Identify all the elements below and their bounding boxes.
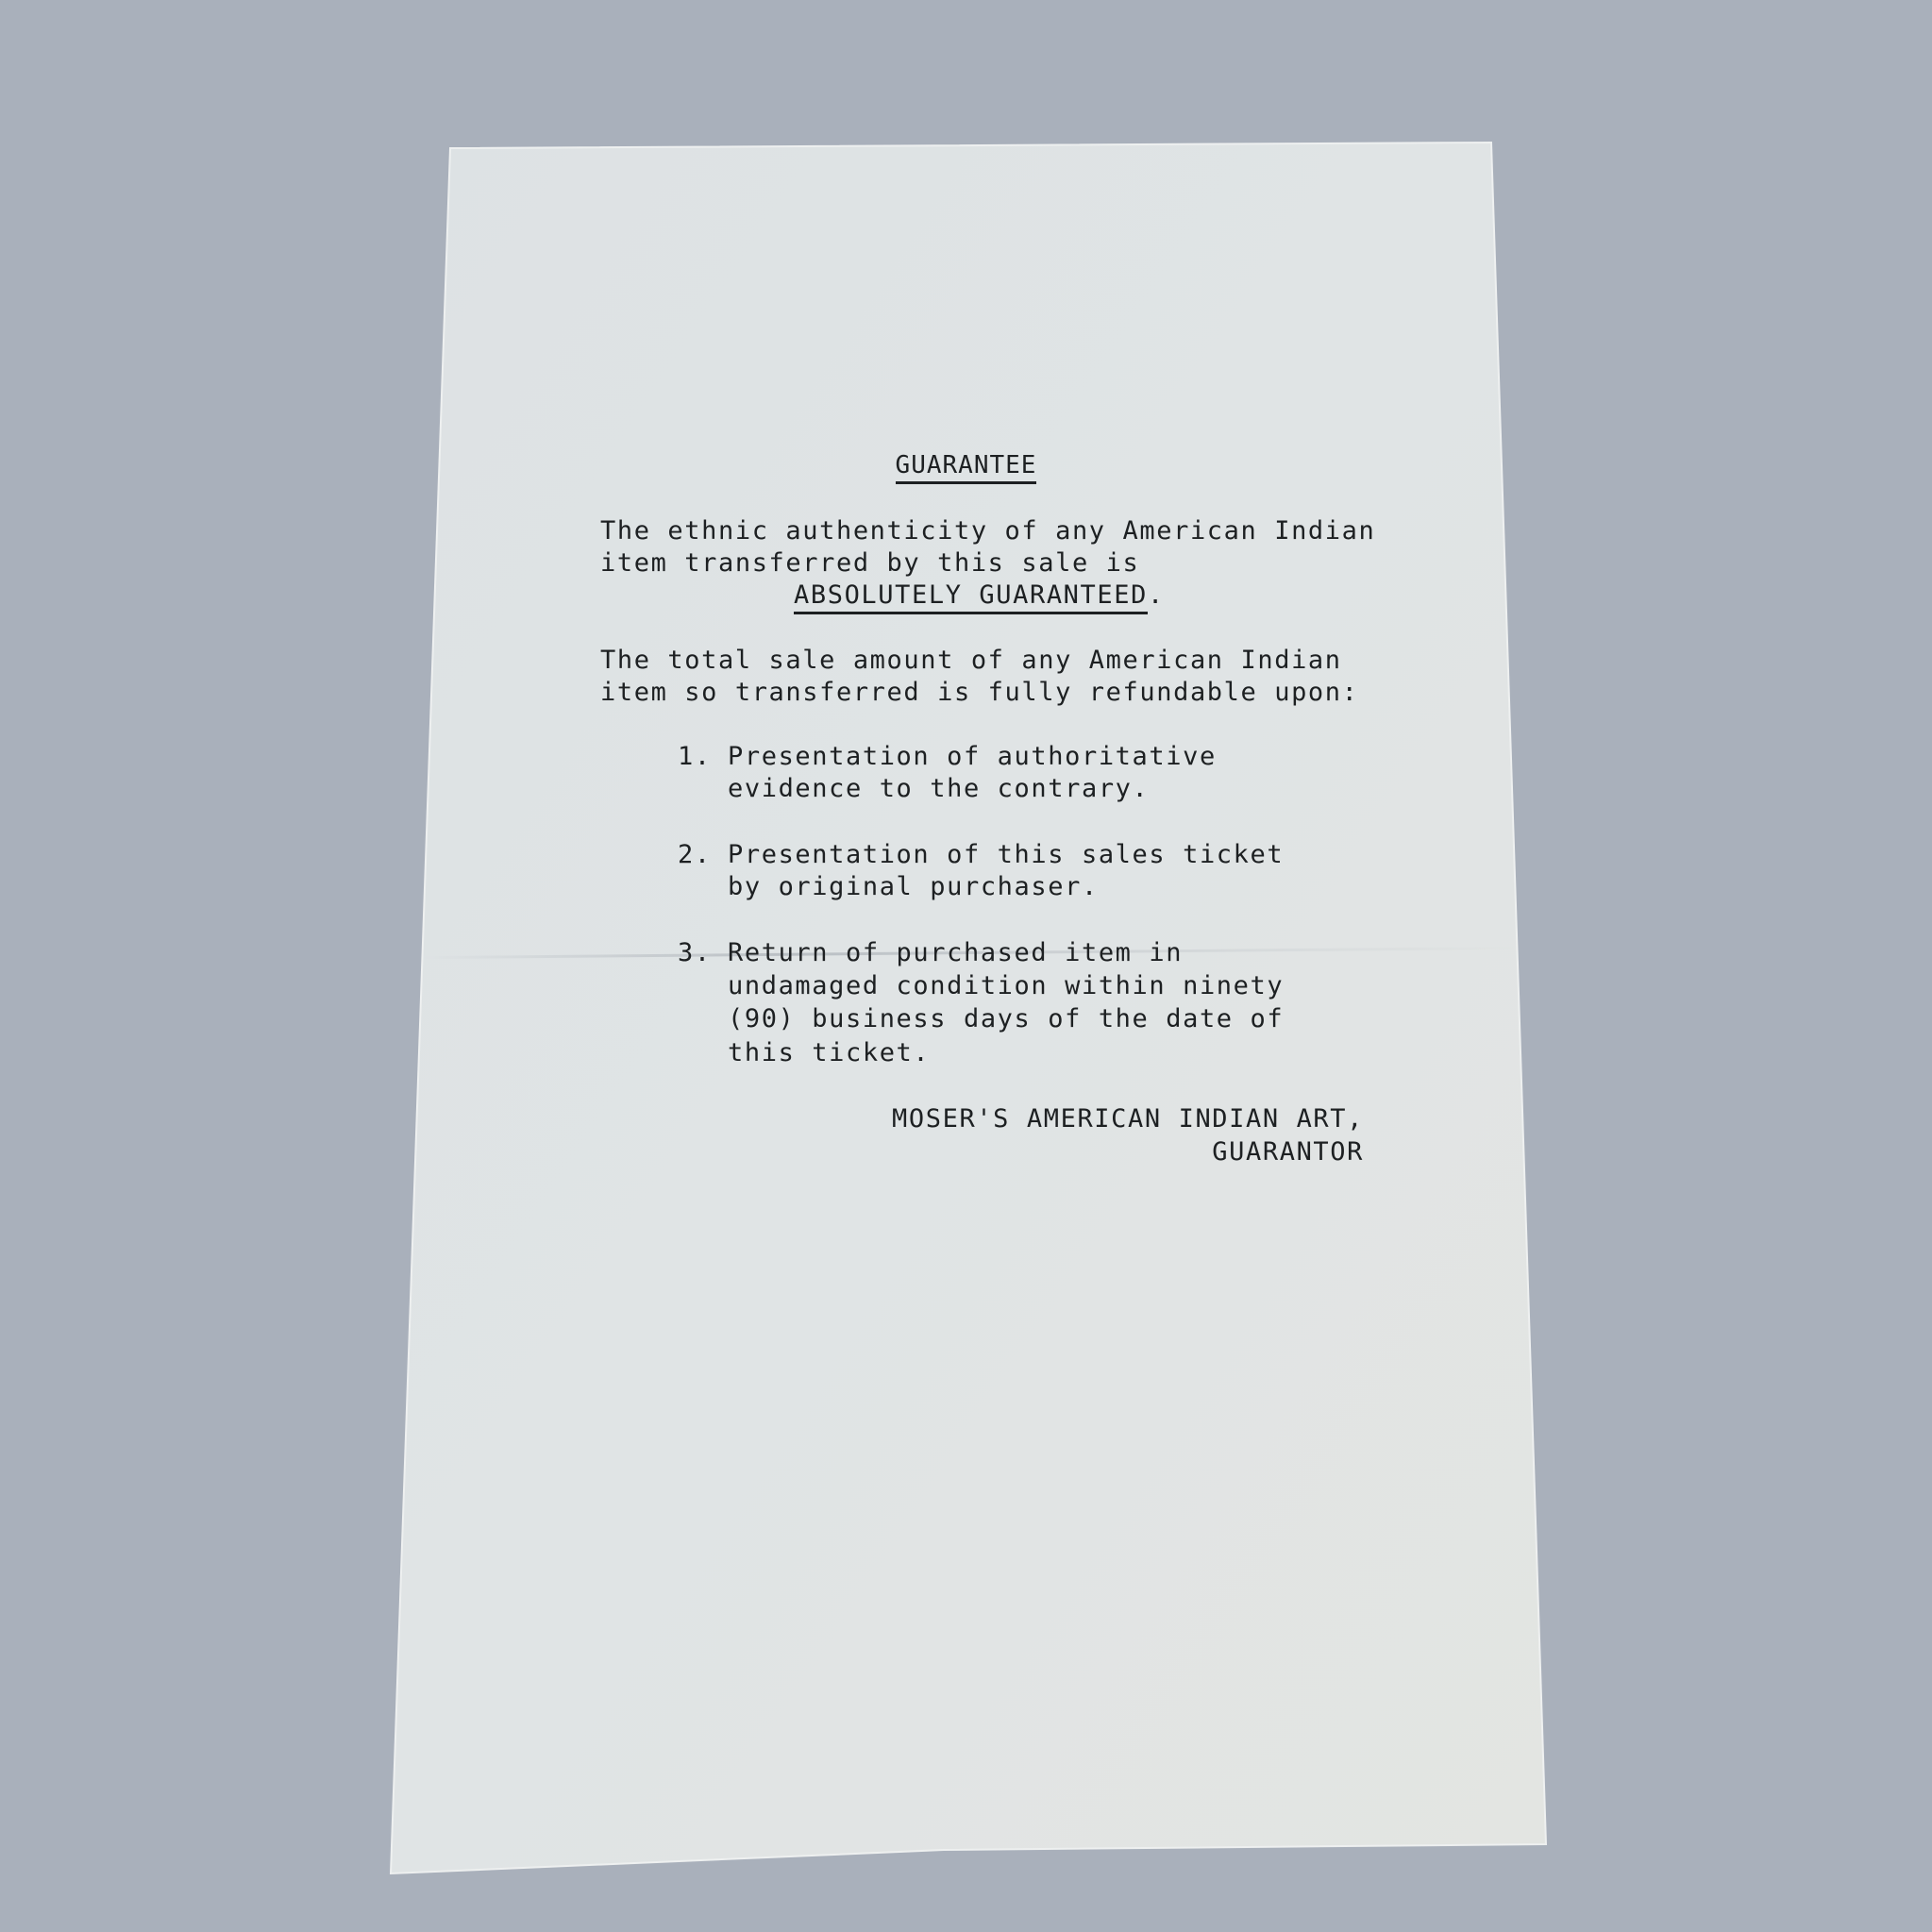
paragraph1-line1: The ethnic authenticity of any American … [600, 515, 1375, 547]
guarantor-role: GUARANTOR [849, 1136, 1364, 1168]
emphasis-text: ABSOLUTELY GUARANTEED [794, 580, 1148, 614]
condition-2-line2: by original purchaser. [728, 871, 1099, 903]
condition-3-number: 3. [678, 937, 712, 969]
condition-3-line3: (90) business days of the date of [728, 1003, 1284, 1035]
guarantee-document: GUARANTEE The ethnic authenticity of any… [0, 0, 1932, 1932]
condition-1-line2: evidence to the contrary. [728, 773, 1149, 805]
paragraph2-line2: item so transferred is fully refundable … [600, 677, 1359, 709]
condition-2-number: 2. [678, 839, 712, 871]
condition-3-line1: Return of purchased item in [728, 937, 1183, 969]
document-title: GUARANTEE [0, 451, 1932, 479]
title-text: GUARANTEE [896, 451, 1037, 484]
paragraph1-line2: item transferred by this sale is [600, 547, 1139, 580]
condition-2-line1: Presentation of this sales ticket [728, 839, 1284, 871]
condition-3-line4: this ticket. [728, 1037, 930, 1069]
condition-1-number: 1. [678, 741, 712, 773]
condition-1-line1: Presentation of authoritative [728, 741, 1217, 773]
emphasis-suffix: . [1148, 580, 1165, 610]
condition-3-line2: undamaged condition within ninety [728, 970, 1284, 1002]
paragraph2-line1: The total sale amount of any American In… [600, 645, 1342, 677]
absolutely-guaranteed: ABSOLUTELY GUARANTEED. [794, 580, 1165, 612]
guarantor-name: MOSER'S AMERICAN INDIAN ART, [849, 1103, 1364, 1135]
